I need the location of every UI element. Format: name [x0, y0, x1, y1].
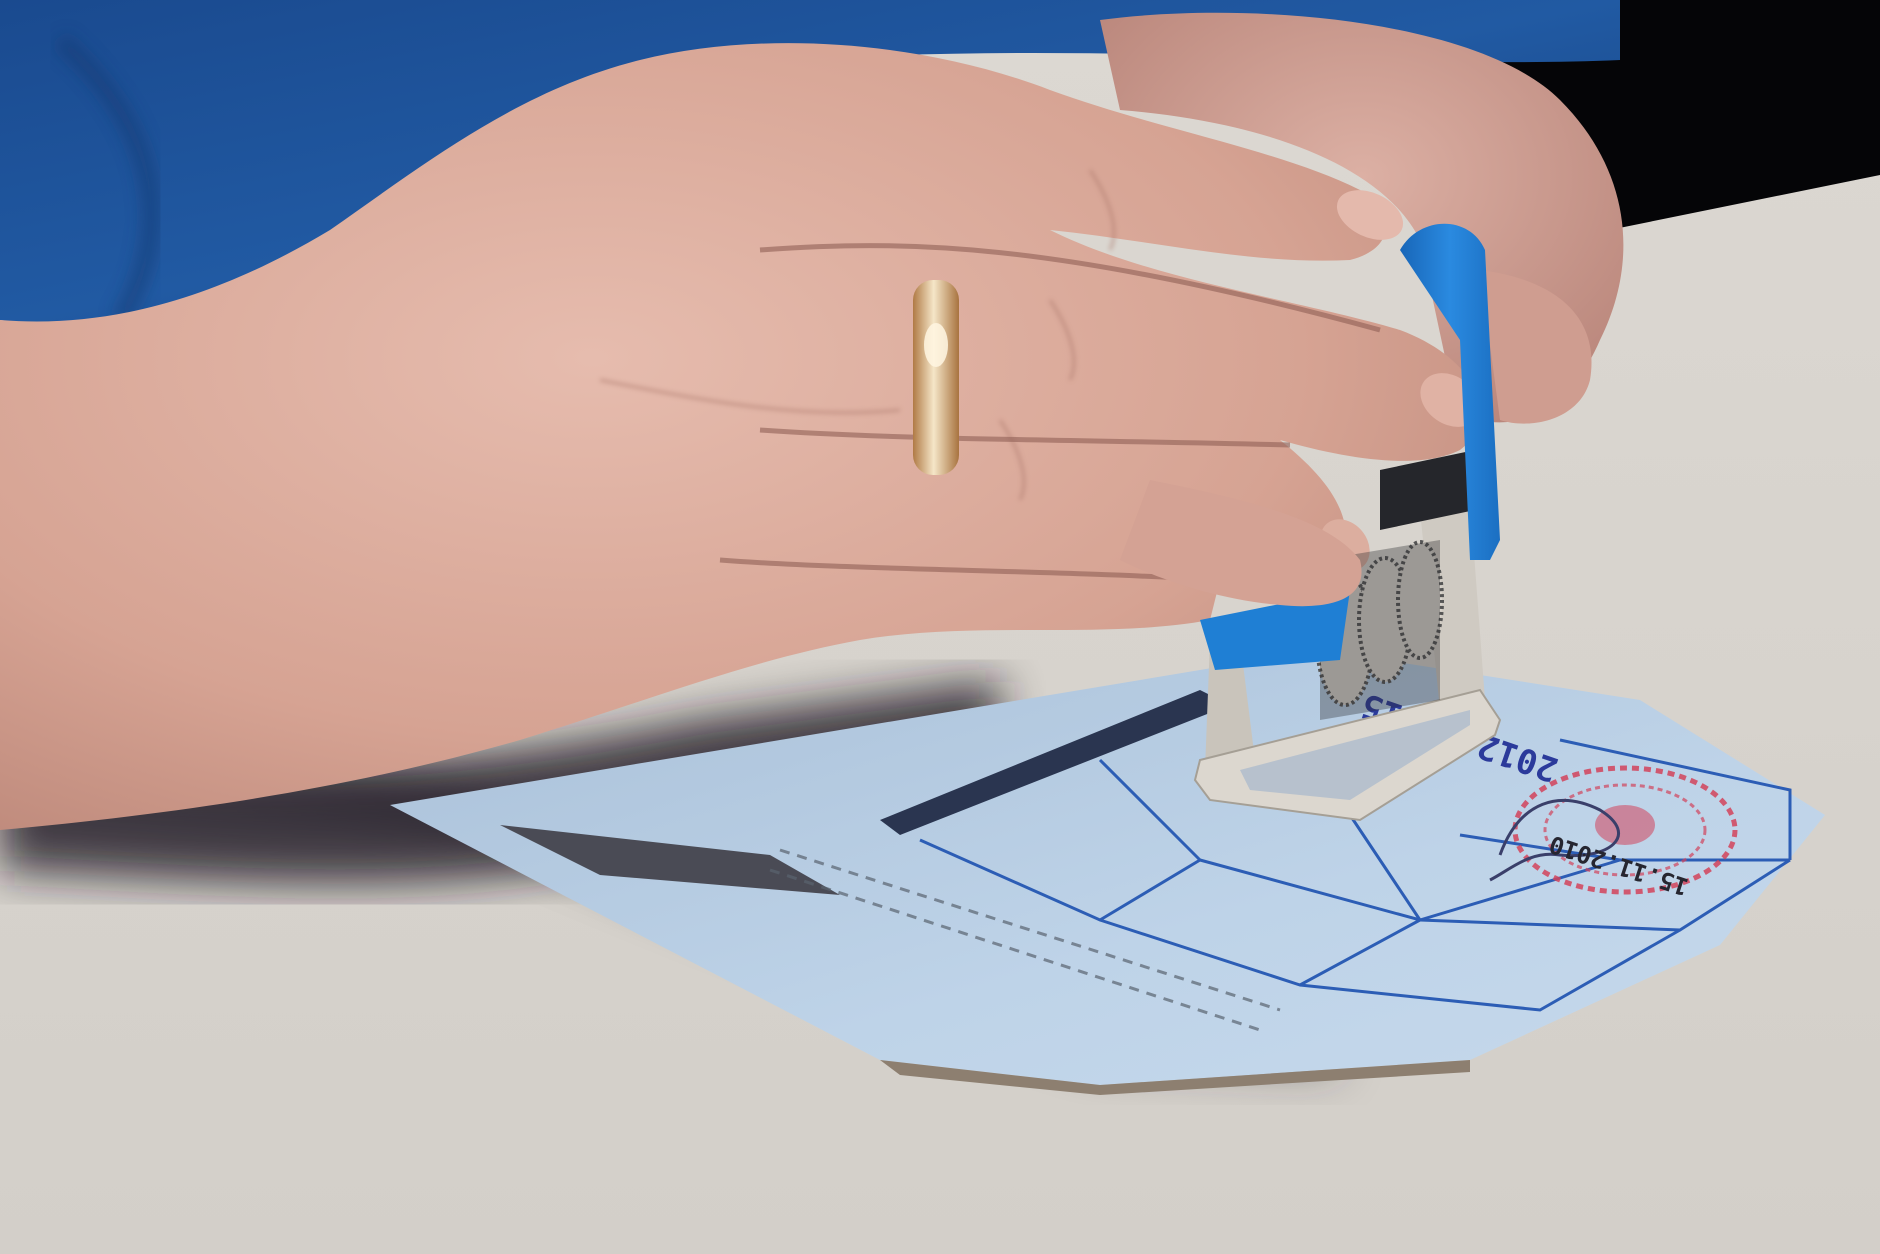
photo-scene: Two hands pressing a blue self-inking da…: [0, 0, 1880, 1254]
ring-highlight: [924, 323, 948, 367]
gold-ring: [913, 280, 959, 475]
photo-canvas: 15.11.2010 2012.11.15: [0, 0, 1880, 1254]
